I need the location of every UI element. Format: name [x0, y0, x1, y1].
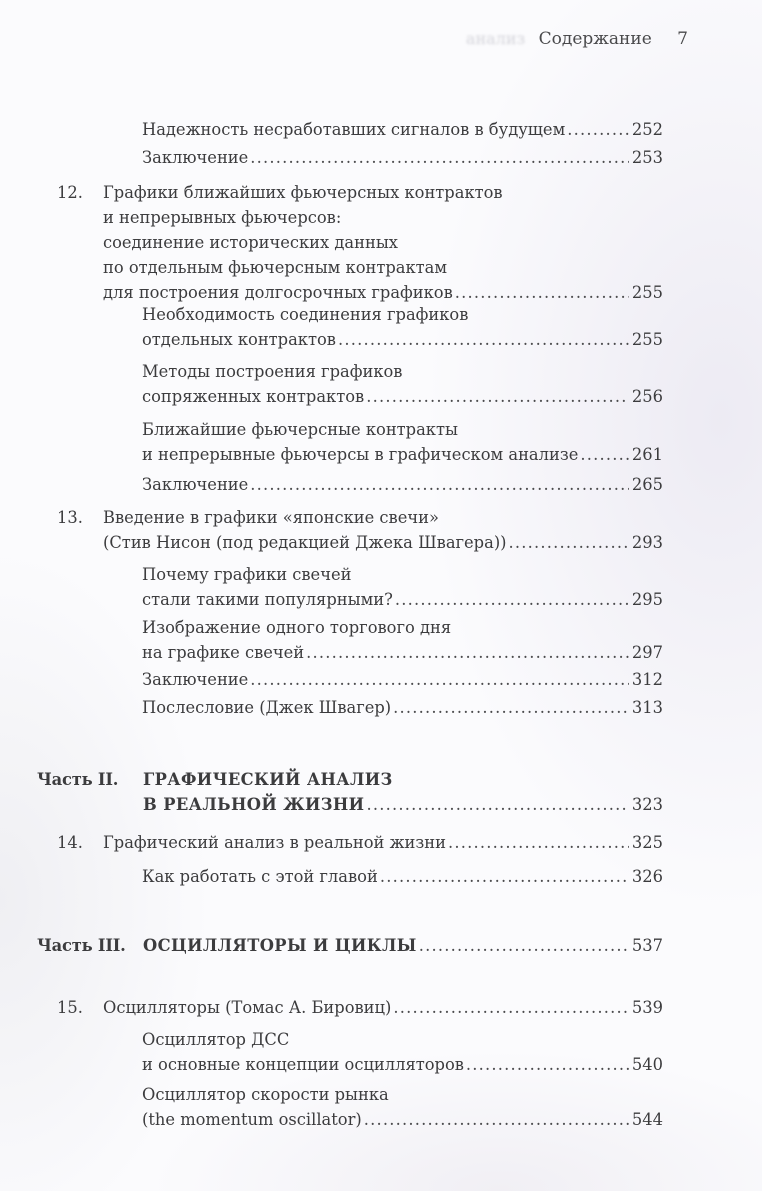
- dot-leader: [338, 327, 629, 352]
- toc-entry[interactable]: Ближайшие фьючерсные контракты и непреры…: [142, 417, 663, 467]
- dot-leader: [366, 792, 628, 817]
- running-head: анализ Содержание 7: [0, 29, 688, 49]
- entry-title: и непрерывные фьючерсы в графическом ана…: [142, 442, 578, 467]
- entry-title: Заключение: [142, 472, 248, 497]
- entry-title: Введение в графики «японские свечи»: [103, 505, 439, 530]
- toc-chapter-14[interactable]: Графический анализ в реальной жизни325: [103, 830, 663, 855]
- dot-leader: [567, 117, 629, 142]
- entry-title: и основные концепции осцилляторов: [142, 1052, 464, 1077]
- entry-title: Надежность несработавших сигналов в буду…: [142, 117, 565, 142]
- toc-entry[interactable]: Почему графики свечей стали такими попул…: [142, 562, 663, 612]
- entry-page: 255: [632, 327, 663, 352]
- entry-title: стали такими популярными?: [142, 587, 393, 612]
- dot-leader: [393, 695, 629, 720]
- entry-title: Послесловие (Джек Швагер): [142, 695, 391, 720]
- dot-leader: [466, 1052, 629, 1077]
- toc-entry[interactable]: Осциллятор ДСС и основные концепции осци…: [142, 1027, 663, 1077]
- dot-leader: [306, 640, 629, 665]
- toc-entry[interactable]: Осциллятор скорости рынка (the momentum …: [142, 1082, 663, 1132]
- entry-title: соединение исторических данных: [103, 230, 398, 255]
- dot-leader: [250, 472, 629, 497]
- part-label: Часть II.: [37, 767, 118, 792]
- entry-page: 540: [632, 1052, 663, 1077]
- toc-entry[interactable]: Заключение312: [142, 667, 663, 692]
- entry-page: 313: [632, 695, 663, 720]
- entry-title: Осциллятор ДСС: [142, 1027, 289, 1052]
- toc-entry[interactable]: Надежность несработавших сигналов в буду…: [142, 117, 663, 142]
- dot-leader: [366, 384, 629, 409]
- toc-entry[interactable]: Заключение265: [142, 472, 663, 497]
- page-number: 7: [677, 29, 688, 49]
- entry-title: и непрерывных фьючерсов:: [103, 205, 341, 230]
- entry-page: 544: [632, 1107, 663, 1132]
- toc-entry[interactable]: Заключение253: [142, 145, 663, 170]
- part-title: ГРАФИЧЕСКИЙ АНАЛИЗ: [143, 767, 393, 792]
- entry-title: Почему графики свечей: [142, 562, 351, 587]
- entry-title: Изображение одного торгового дня: [142, 615, 451, 640]
- dot-leader: [509, 530, 629, 555]
- dot-leader: [250, 145, 629, 170]
- entry-page: 252: [632, 117, 663, 142]
- entry-title: Заключение: [142, 145, 248, 170]
- entry-title: Ближайшие фьючерсные контракты: [142, 417, 458, 442]
- entry-title: Осцилляторы (Томас А. Бировиц): [103, 995, 391, 1020]
- toc-entry[interactable]: Изображение одного торгового дня на граф…: [142, 615, 663, 665]
- toc-chapter-15[interactable]: Осцилляторы (Томас А. Бировиц)539: [103, 995, 663, 1020]
- entry-page: 323: [632, 792, 663, 817]
- entry-title: Заключение: [142, 667, 248, 692]
- entry-title: Графики ближайших фьючерсных контрактов: [103, 180, 503, 205]
- chapter-number: 14.: [57, 830, 83, 855]
- entry-page: 261: [632, 442, 663, 467]
- dot-leader: [380, 864, 629, 889]
- chapter-number: 12.: [57, 180, 83, 205]
- entry-page: 312: [632, 667, 663, 692]
- entry-title: сопряженных контрактов: [142, 384, 364, 409]
- entry-page: 256: [632, 384, 663, 409]
- dot-leader: [395, 587, 629, 612]
- dot-leader: [250, 667, 629, 692]
- toc-entry[interactable]: Необходимость соединения графиков отдель…: [142, 302, 663, 352]
- bleed-through-text: анализ: [466, 29, 525, 48]
- toc-entry[interactable]: Как работать с этой главой326: [142, 864, 663, 889]
- entry-title: (the momentum oscillator): [142, 1107, 362, 1132]
- entry-title: отдельных контрактов: [142, 327, 336, 352]
- entry-title: по отдельным фьючерсным контрактам: [103, 255, 447, 280]
- entry-page: 253: [632, 145, 663, 170]
- entry-page: 293: [632, 530, 663, 555]
- toc-part-3[interactable]: ОСЦИЛЛЯТОРЫ И ЦИКЛЫ537: [143, 933, 663, 958]
- entry-page: 539: [632, 995, 663, 1020]
- entry-page: 265: [632, 472, 663, 497]
- dot-leader: [448, 830, 629, 855]
- entry-page: 325: [632, 830, 663, 855]
- toc-entry[interactable]: Послесловие (Джек Швагер)313: [142, 695, 663, 720]
- section-title: Содержание: [539, 29, 652, 49]
- entry-title: Осциллятор скорости рынка: [142, 1082, 389, 1107]
- chapter-number: 13.: [57, 505, 83, 530]
- dot-leader: [393, 995, 629, 1020]
- chapter-number: 15.: [57, 995, 83, 1020]
- toc-chapter-12[interactable]: Графики ближайших фьючерсных контрактов …: [103, 180, 663, 305]
- toc-entry[interactable]: Методы построения графиков сопряженных к…: [142, 359, 663, 409]
- entry-page: 295: [632, 587, 663, 612]
- entry-title: Как работать с этой главой: [142, 864, 378, 889]
- entry-title: Необходимость соединения графиков: [142, 302, 468, 327]
- part-title: В РЕАЛЬНОЙ ЖИЗНИ: [143, 792, 364, 817]
- entry-page: 326: [632, 864, 663, 889]
- entry-title: на графике свечей: [142, 640, 304, 665]
- entry-title: (Стив Нисон (под редакцией Джека Швагера…: [103, 530, 507, 555]
- entry-title: Методы построения графиков: [142, 359, 402, 384]
- dot-leader: [419, 933, 629, 958]
- toc-chapter-13[interactable]: Введение в графики «японские свечи» (Сти…: [103, 505, 663, 555]
- toc-part-2[interactable]: ГРАФИЧЕСКИЙ АНАЛИЗ В РЕАЛЬНОЙ ЖИЗНИ323: [143, 767, 663, 817]
- entry-page: 297: [632, 640, 663, 665]
- dot-leader: [364, 1107, 629, 1132]
- entry-title: Графический анализ в реальной жизни: [103, 830, 446, 855]
- entry-page: 537: [632, 933, 663, 958]
- part-title: ОСЦИЛЛЯТОРЫ И ЦИКЛЫ: [143, 933, 417, 958]
- dot-leader: [580, 442, 629, 467]
- part-label: Часть III.: [37, 933, 126, 958]
